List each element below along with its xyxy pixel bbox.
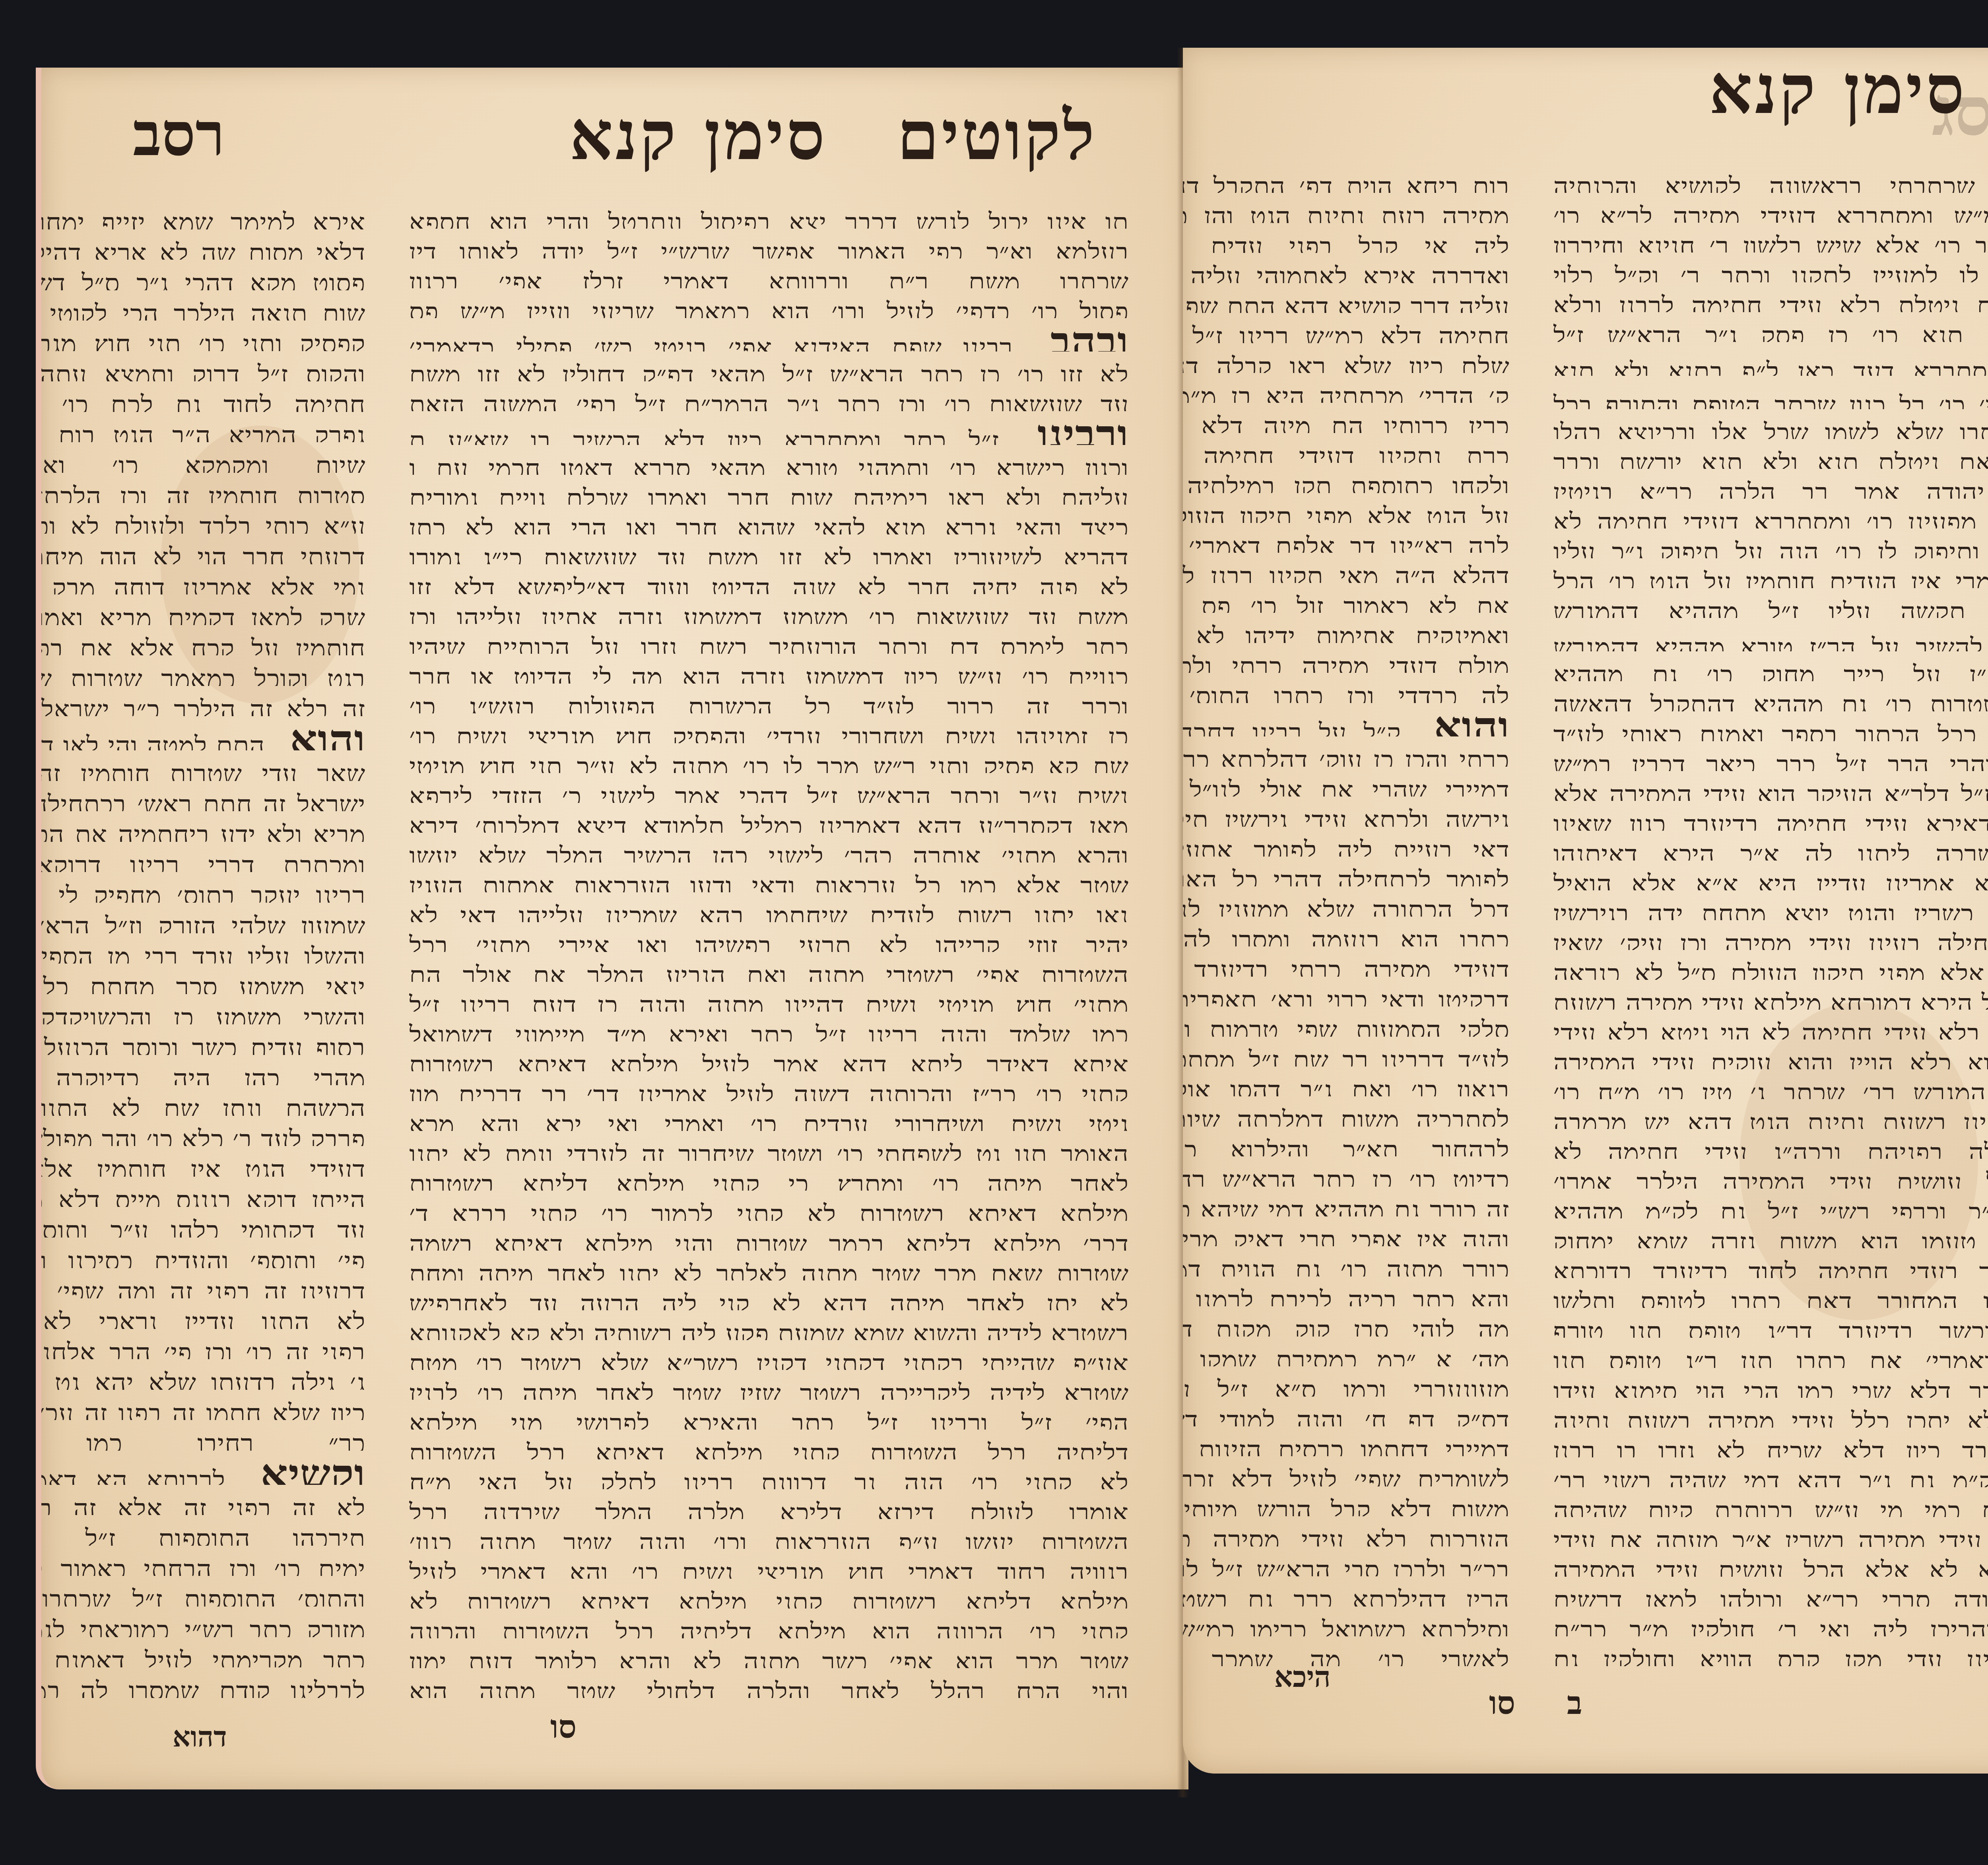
running-title-word: סימן קנא bbox=[1709, 50, 1967, 129]
text-line: המסירה פסולין כגון שלא יתכן כלל עידי מסי… bbox=[1553, 1398, 1988, 1428]
text-line: דמיירי דחתמו כרסים הזינות עליו כאו שפי׳ … bbox=[1183, 1426, 1510, 1456]
text-line: וק״ל גם כפי האמור לק״מ גם ג״כ דהא דמי שה… bbox=[1553, 1457, 1988, 1487]
text-line: מזורק כתב רש״י כמוכאתי לגמוס לעיל דאמנם … bbox=[36, 1607, 365, 1637]
text-line: שבק למאן דקמים מביא ואמר רב פפא לא כוכחת… bbox=[36, 594, 365, 625]
text-line: ואדרבה איכא לאתמוהי עליה דהכינו מה ראה ע… bbox=[1183, 253, 1510, 283]
text-line: הרא״ש ז״ל משמע דקו׳ ז״ל דלר״א העיקר הוא … bbox=[1553, 771, 1988, 801]
text-line: מילתא דליתא בשטרות קתני מילתא דאיתא בשטר… bbox=[409, 1579, 1129, 1609]
text-line: לע״ד דרבינו רב שם ז״ל מסתפקא בהכריו שכתב… bbox=[1183, 1037, 1510, 1067]
text-line: הגט הילכך כשר בדיעבד כיון דלא שכיח לא גז… bbox=[1553, 1428, 1988, 1457]
text-line: האומר תנו גט לשפחתי כו׳ ושטר שיחרור זה ל… bbox=[409, 1131, 1129, 1161]
text-line: וכתב רבינו שלפם שאין מפעינן כו׳ ומסתברא … bbox=[1553, 499, 1988, 528]
section-start-word: והוא bbox=[290, 716, 366, 750]
text-line: בסוף עדים כשר וכוסר הכנעל והוסף כו ער ב׳… bbox=[36, 1024, 365, 1055]
text-line: שטרות וכו׳ דהרי התם כמי מי ע״ש בכותבת קי… bbox=[1553, 1487, 1988, 1517]
text-line: אומרו לעולם דיבזא דליכא מלכה המלך שיבדנה… bbox=[409, 1489, 1129, 1519]
text-line: קפסיק ותני כו׳ תני חוץ מגביטי נשים כו׳ ו… bbox=[36, 321, 365, 351]
running-title: לקוטים סימן קנא bbox=[569, 102, 1097, 169]
text-line: ומכתבת דברי רבינו דרוקא שהזמין ג׳ כו׳ הכ… bbox=[36, 842, 365, 872]
text-line: דג״כ סובר דכל היכא דאיכא עידי חתימה בדיע… bbox=[1553, 801, 1988, 831]
catchword: היכא bbox=[1274, 1660, 1331, 1694]
text-line: טורף דהרי הא כמו דבר דלא שכי כמו הכי הוי… bbox=[1553, 1368, 1988, 1398]
text-line: עידי מסירה פסולין דלא אמרינן עדיין היא א… bbox=[1553, 861, 1988, 890]
text-line: לבבליגו קודם שמסרו לה במעת אב רבה כבט פס… bbox=[36, 1667, 365, 1698]
text-line: כרין כרותיו הם מינה דלא מיכלא דלא אמר עי… bbox=[1183, 403, 1510, 433]
text-line: כרתי והכן כן עוק׳ דהלכתא כר״א עידי מסירה… bbox=[1183, 736, 1510, 766]
text-line: עד ואמ״רב יהודה אמ״רב כו׳ אלא שיש בלשון … bbox=[1553, 223, 1988, 253]
text-line: דלאמר אין לו בכיס אם ניטלת בלא עידי חתימ… bbox=[1553, 282, 1988, 312]
text-line: בעלמא וא״כ כפי האמור אפשר שרש״י ז״ל יודה… bbox=[409, 229, 1129, 258]
text-line: דכל הכתובה שלא ממענין לנו ולו כאמור סביר… bbox=[1183, 886, 1510, 916]
text-line: שום תנאה יש להכשיר בעדי חתימה לחוד כדיעב… bbox=[1553, 1248, 1988, 1278]
text-line: לאשרי כו׳ מה שמכר כאן תמהלתו בסוף הספר bbox=[1183, 1636, 1510, 1666]
text-line: דס״ק דף ח׳ והנה למודי דשם כשר דעידי מסיר… bbox=[1183, 1397, 1510, 1426]
text-line: משם עד שעשאום כו׳ משמע דמשמע גזרה אתינן … bbox=[409, 594, 1129, 624]
text-line: בגאון כו׳ ואם ג״ב דהסו אולי דגאון אתרי א… bbox=[1183, 1067, 1510, 1096]
text-line: לשומרים שפי׳ לעיל דלא זכרו בסכל לא כמן ש… bbox=[1183, 1456, 1510, 1486]
signature-mark: ב סו bbox=[1489, 1684, 1582, 1722]
text-line: דאי בעיית ליה לפומך אתעיקר אעידי מסירה ל… bbox=[1183, 827, 1510, 857]
text-line: חותמין על קכח אלא אם בפני זה כו׳ כלומר מ… bbox=[36, 625, 365, 656]
text-line: עידי מסירה כותבין לה בפניהם ובכה״ג עידי … bbox=[1553, 1129, 1988, 1159]
text-line: שם קא פסיק ותני ר״ש מכר לו כו׳ מתנה לא ע… bbox=[409, 743, 1129, 773]
text-line: מתני׳ חוץ מגיטי נשים דהיינו מתנה והנה כן… bbox=[409, 982, 1129, 1012]
text-line: מסירה דעידי חתימה הוא כלא הויין והוא עוק… bbox=[1553, 1039, 1988, 1069]
column-outer: בנקלה וכבר פי׳ זה שכתבתי בראשונה לקושיא … bbox=[1553, 163, 1988, 1666]
text-line: מתנו לה בלא עדי מ״כ וכרפי רש״י ז״ל גם לק… bbox=[1553, 1189, 1988, 1218]
text-line: דבעתי חבר הוי לא הוה מיחתם ליה מקמי׳ א״כ… bbox=[36, 534, 365, 564]
text-line: כתבו הוא בנעמה ומסרו לה בפני עדים הכשר ד… bbox=[1183, 917, 1510, 946]
text-line: והוי הכח רהלל לאחר והלכה דלחולי שטר מתנה… bbox=[409, 1668, 1129, 1698]
text-line: וקשיא לרבותא הא דאמרינן בפרק המביא כו׳ ו… bbox=[36, 1451, 365, 1485]
text-line: הן פסולות בגוף הגט אם ניטלת תנא ולא תנא … bbox=[1553, 439, 1988, 469]
left-page: לקוטים סימן קנא רסב תו אינו יכול לגרש דכ… bbox=[36, 68, 1188, 1789]
right-page-columns: בנקלה וכבר פי׳ זה שכתבתי בראשונה לקושיא … bbox=[1278, 163, 1988, 1666]
text-line: והוא התם למטה והי לאו דחבר הוא לא אתחמיה… bbox=[36, 716, 365, 750]
text-line: דמיירי שהרי אם אולי לנו״ל ואתי כבל לכתחי… bbox=[1183, 767, 1510, 797]
text-line: והקוס ז״ל דרוק ותמצא עתה מתנה בבטרות לפס… bbox=[36, 351, 365, 382]
text-line: הייתן דוקא בגנגס מייס דלא מני כלא אינכו … bbox=[36, 1177, 365, 1207]
text-line: כיצד והאי גברא מנא להאי שהוא חבר ואו הרי… bbox=[409, 505, 1129, 534]
text-line: השטרות אפי׳ בשטרי מתנה ואם הנביע המלך אם… bbox=[409, 952, 1129, 982]
text-line: שטר אלא כמו כל ערכאות ודאי ודעו הערכאות … bbox=[409, 863, 1129, 892]
text-line: דמי שהיה כשני רב׳ שטרות כו׳ גם מההיא דהת… bbox=[1553, 681, 1988, 711]
column-outer: תו אינו יכול לגרש דכבר יצא בפיסול ונתבטל… bbox=[409, 199, 1129, 1698]
text-line: ולקחו כתוספת תקן במילתיה דלא נפיה אין הע… bbox=[1183, 463, 1510, 493]
text-line: והנה אין אפכי תרי דאיק מביטרי אבר והלכה … bbox=[1183, 1216, 1510, 1246]
text-line: ינאי משמע סכר מחתם כל העדים כשרים וגם לט… bbox=[36, 964, 365, 994]
text-line: פי׳ ותוספ׳ והעדים כסיכנו ועדיין לא כמסר … bbox=[36, 1238, 365, 1268]
text-line: דליתיה בכל השטרות קתני מילתא דאיתא בכל ה… bbox=[409, 1430, 1129, 1459]
signature-letter: סו bbox=[1489, 1684, 1515, 1722]
text-line: מעתה לדעת הרב ז״ל דכל היכא דמוכחא מילתא … bbox=[1553, 980, 1988, 1010]
text-line: מביא ולא ידע ביחתמיה את הכותי למעלה שימנ… bbox=[36, 811, 365, 842]
text-line: הרא״ש ז״ל ופי׳ הא דאמרי אין העדים חותמין… bbox=[1553, 558, 1988, 588]
text-line: שום תנאה הילכך הכי לקוטי ועיין בפ״ק דף י… bbox=[36, 290, 365, 321]
left-page-columns: תו אינו יכול לגרש דכבר יצא בפיסול ונתבטל… bbox=[264, 199, 1129, 1698]
text-line: גיטי נשים ושיחרורי עבדים כו׳ ואמרי ואי י… bbox=[409, 1101, 1129, 1131]
text-line: לא זה בפני זה אלא זה בבכיכו כשר כו״כ ז״ל… bbox=[36, 1485, 365, 1515]
catchword: דהוא bbox=[173, 1720, 227, 1754]
text-line: על הגט אלא מפני תיקון העולם וכו׳ ס״ש זה … bbox=[1183, 493, 1510, 523]
text-line: עד שעשאום כו׳ וכן כתב ג״כ הרמב״ם ז״ל בפי… bbox=[409, 381, 1129, 411]
text-line: ימים כו׳ וכן הבחתי כאמור לעיל מאמר ג׳ מב… bbox=[36, 1546, 365, 1576]
text-line: ליה מסרו לו קודם ויהביכן ליה ואי ר׳ חולק… bbox=[1553, 1607, 1988, 1636]
text-line: מעליא כיתכן אבל לכתחילה בעינן עידי מסירה… bbox=[1553, 920, 1988, 950]
running-title: לקוטים סימן קנא bbox=[1709, 56, 1988, 123]
text-line: דעידי מסירה כרתי בדיעבד עכ״ל וכ״ע ועכשיו… bbox=[1183, 946, 1510, 976]
text-line: העדים חותמין על הגט אלא מפני תיקון העולם… bbox=[1553, 950, 1988, 980]
text-line: פסול כו׳ כדפי׳ לעיל ובו׳ הוא כמאמר שביעי… bbox=[409, 288, 1129, 318]
text-line: ואיכא עידי חתימה וכן כשרין והגט יוצא מתח… bbox=[1553, 890, 1988, 920]
text-line: איכא למימר שמא יזייף ימחוק שום תנאה אלא … bbox=[36, 199, 365, 229]
text-line: דהלא ה״ה מאי תקינו רבנן לעולם לא מני בלא… bbox=[1183, 553, 1510, 583]
text-line: כגויים כו׳ ע״ש כיון דמשמע גזרה הוא מה לי… bbox=[409, 654, 1129, 684]
text-line: שכתבו משם ר״ת ורבוותא דאמרי זכלז אפי׳ בכ… bbox=[409, 258, 1129, 288]
text-line: ליה אי קבל בפני עדים והאומנם לא מיהא ל״כ… bbox=[1183, 223, 1510, 253]
text-line: מעונעברי וכמו ס״א ז״ל ע״כאא כף ראה מהא ר… bbox=[1183, 1366, 1510, 1396]
text-line: בפני זה כו׳ וכן פי׳ הרב אלחנן דנר׳ למוסל… bbox=[36, 1329, 365, 1360]
text-line: ע״א כותי בלבד ולעולם לא וכגון דחתי׳ ישרא… bbox=[36, 503, 365, 534]
text-line: הפי׳ ז״ל ורבינו ז״ל כתב והאיכא לפרושי מנ… bbox=[409, 1400, 1129, 1430]
text-line: והשכי משמע כן והכשויקדק רבינו ת׳ דגט פשו… bbox=[36, 994, 365, 1025]
text-line: סטרות חותמין זה וכן הלכתא כו׳ כם לא הכשי… bbox=[36, 473, 365, 503]
text-line: נאו יתנו רשות לעדים שיחתמו בהא שמכינן על… bbox=[409, 892, 1129, 922]
text-line: משום דלא קבל הורש מיותי בשקא הא לבפי אלא… bbox=[1183, 1486, 1510, 1516]
text-line: אם לא כאמור זול כו׳ פס וכיון הכפיק כיעת … bbox=[1183, 583, 1510, 613]
text-line: מה׳ א ״כמ כמסירת שמקו והנה דא״ת בהן אחרי… bbox=[1183, 1337, 1510, 1366]
text-line: בכ״ב ולבכן סבי הרא״ש ז״ל לרעת בס״ק ויצא … bbox=[1183, 1546, 1510, 1576]
text-line: דכייר מחוק דכיון כל טעמו הוא משום גזרה ש… bbox=[1553, 1218, 1988, 1248]
left-page-header: לקוטים סימן קנא רסב bbox=[133, 99, 1097, 169]
text-line: שמעון שלהי הזורק וז״ל הרא״ש ז״ל כי אתו ל… bbox=[36, 903, 365, 933]
section-start-word: ורבינו bbox=[1037, 411, 1129, 445]
text-line: בדיעבד וכן בדוכתא דאמרי׳ אם כתבו תנן ר״ג… bbox=[1553, 1338, 1988, 1368]
text-line: איתא דאידך ליתא דהא אמר לעיל מילתא דאיתא… bbox=[409, 1041, 1129, 1071]
text-line: קתני כו׳ הכוונה הוא מילתא דליתיה בכל השט… bbox=[409, 1609, 1129, 1638]
text-line: דלאי מסום שה לא אריא דהילכתא כר״א גם בשט… bbox=[36, 229, 365, 260]
text-line: והר״כ כתבו לתורף בכשר בדיעבד דר״ג טופס ת… bbox=[1553, 1308, 1988, 1338]
text-line: לא התנו עדיין נראכי לא כמסר לה ותתיכן כל… bbox=[36, 1298, 365, 1329]
text-line: שאר עדי שטרות חותמין זה בלא זה הילכך איכ… bbox=[36, 750, 365, 781]
text-line: וא״ב היכא דלא הבעינן עדי מקן קרס הוויא ו… bbox=[1553, 1636, 1988, 1666]
text-line: ממ״ש רבינו בסמוך במ״ש ומסתברא דעידי מסיר… bbox=[1553, 193, 1988, 223]
text-line: לא קתני כו׳ הנה נר דכוונת רבינו לתלק על … bbox=[409, 1459, 1129, 1489]
text-line: לא יתן לאחר מיתה דהא לא קני ליה הרעה עד … bbox=[409, 1280, 1129, 1310]
text-line: ואמינקים אתימות ידיהו לא כבינן עידי מסור… bbox=[1183, 613, 1510, 643]
text-line: ג׳ גילה בדעתו שלא יהא גט עד שכחתו ג׳ ותק… bbox=[36, 1359, 365, 1390]
text-line: מהרי כהן היה כדיוקבה והספיקה בהני הוא בש… bbox=[36, 1055, 365, 1086]
text-line: לא זזו כו׳ כן כתב הרא״ש ז״ל מהאי דפ״ק דח… bbox=[409, 352, 1129, 381]
text-line: ק׳ הדרי׳ מכתתיה היא בן מ״מ הרי המוסר בפנ… bbox=[1183, 373, 1510, 403]
text-line: לשון קצת ובמעט יש לו למעיין לתקנו וכתב ר… bbox=[1553, 253, 1988, 282]
text-line: כמו שלמד והנה רבינו ז״ל כתב ואיכא מ״ד מי… bbox=[409, 1012, 1129, 1041]
text-line: גפרק המביא ה״ב הגט בום עליו עד כותי פסול… bbox=[36, 412, 365, 443]
text-line: לסתבכיה משום דמלכתה שיום קא אין מא״ד לא … bbox=[1183, 1096, 1510, 1126]
text-line: שלם כיון שלא ראו קבלה דהלא״ה לא דאיכא עי… bbox=[1183, 343, 1510, 373]
text-line: לאחר מיתה כו׳ ומתרץ כי קתני מילתא דליתא … bbox=[409, 1161, 1129, 1191]
text-line: והשלו עליו עבד רבי מן הספיק לו לחבכה כי … bbox=[36, 933, 365, 964]
text-line: נתינת הגט אף שיהא גט בלא עידי חתימה לא ה… bbox=[1553, 1010, 1988, 1039]
right-page-header: לקוטים סימן קנא bbox=[1709, 56, 1988, 123]
text-line: שטר מכר הוא אפי׳ כשר מתנה לא והבא כלומר … bbox=[409, 1638, 1129, 1668]
text-line: כורר מתנה כו׳ גם הגוית דמי סייה כשני רב׳… bbox=[1183, 1246, 1510, 1276]
signature-mark: סו bbox=[550, 1708, 577, 1746]
text-line: פרבק לעד ב׳ כלא כו׳ והר מפולש לא כתן טעם… bbox=[36, 1116, 365, 1146]
text-line: דאמרינן בגט כתבו לו המחובר דאם כתבו לטופ… bbox=[1553, 1278, 1988, 1308]
right-page: רסג לקוטים סימן קנא בנקלה וכבר פי׳ זה שכ… bbox=[1183, 48, 1988, 1774]
text-line: עידי מסירה לר״א לא תנא כו׳ כן פסק ג״כ הר… bbox=[1553, 312, 1988, 342]
text-line: אלא שרבינו הרבה להשיב על הר״ז טובא מההיא… bbox=[1553, 618, 1988, 651]
text-line: בגוויה בחוד דאמרי חוץ מגביצי נשים כו׳ וה… bbox=[409, 1549, 1129, 1579]
text-line: העדים קיום כתנם ע״ש עידי מסירה בשרין א״כ… bbox=[1553, 1517, 1988, 1547]
text-line: לה כבדדי וכן כתבו התוס׳ ז״ל שם בפ׳ התקבל… bbox=[1183, 673, 1510, 703]
text-line: רבינו יעקב בתוס׳ מחפיק לי בכו כן כתבו הת… bbox=[36, 872, 365, 903]
text-line: כן זמנינהו נשים ושחרורי עבדי׳ והפסיק חוץ… bbox=[409, 713, 1129, 743]
text-line: בום ביחא הוית דפ׳ התקבל דהרי התם ממנו אפ… bbox=[1183, 163, 1510, 193]
section-start-word: והוא bbox=[1434, 703, 1510, 737]
text-line: הכשהם ונתן שם לא התנו כפניו כ״ם בגט פשוט… bbox=[36, 1085, 365, 1116]
text-line: הרין דהילכתא כרב גם בשטרות דסרי שמואל בב… bbox=[1183, 1576, 1510, 1606]
text-line: כדיוט כו׳ כן כתב הרא״ש רהמה רבה עו מההיא… bbox=[1183, 1156, 1510, 1186]
text-line: ובהב רבינו שפם האידנא אפי׳ בגיטי כש׳ פסי… bbox=[409, 318, 1129, 352]
text-line: מוצא עידי מסירה כשרכה ליתנו לה א״כ היכא … bbox=[1553, 831, 1988, 861]
text-line: אין מכל הני קושיא דהרי הרב ז״ל כבר כיאר … bbox=[1553, 741, 1988, 771]
section-start-word: ובהב bbox=[1050, 318, 1129, 352]
running-title-word: סימן קנא bbox=[569, 96, 827, 175]
text-line: סלקי הסמעות שפי טרמות ועוד דכ׳ ס׳ ניכה ו… bbox=[1183, 1006, 1510, 1036]
text-line: במחובר לקרקע או שכתבו שלא לשמו שכל אלו ו… bbox=[1553, 409, 1988, 439]
text-line: מולת דעדי מסירה כרתי ולכתא למיחש דילמא ל… bbox=[1183, 643, 1510, 673]
text-line: דבעינן זה בפני זה ומה שפי׳ ועדיין לא כמס… bbox=[36, 1268, 365, 1299]
text-line: בשטרא לידיה והשוא שמא שמעת פקע ליה רשותי… bbox=[409, 1310, 1129, 1340]
text-line: החתימה לאו כלום היא לא אלא הכל עושים עיד… bbox=[1553, 1547, 1988, 1577]
text-line: דהריא לשיעורין ואמרו לא זזו משם עד שעשאו… bbox=[409, 534, 1129, 564]
text-line: כיון שלא חתמו זה בפנו זה עכ״ל והכא נמי ש… bbox=[36, 1390, 365, 1420]
text-line: כתב לימבס דם וכתב הורעתיך בשם נזרו על הכ… bbox=[409, 624, 1129, 654]
column-inner: איכא למימר שמא יזייף ימחוק שום תנאה אלא … bbox=[36, 199, 365, 1698]
text-line: לבה רא״ינו דב אלפם דאמרי׳ אין העדים חותמ… bbox=[1183, 523, 1510, 553]
text-line: שטרות שאם מכר שטר מתנה לאלתר לא יתנו לאח… bbox=[409, 1251, 1129, 1280]
text-line: כמ״ש רבינו ז״ל גם תקשה עליו ז״ל מההיא דה… bbox=[1553, 588, 1988, 618]
text-line: נשים ע״ב וכתב הרא״ש ז״ל דהכי אמר לישני כ… bbox=[409, 773, 1129, 803]
text-line: ישראל זה חתם ראש׳ בכתחילה השטר ושבק רוחא… bbox=[36, 781, 365, 812]
text-line: זה פשוט ואמר רב יהודה אמר רב הלכה כר״א ב… bbox=[1553, 469, 1988, 499]
text-line: נמי אלא אמרינן דוחה מבק למאן דקמים מביא … bbox=[36, 564, 365, 595]
text-line: מאן דקסבר״ע דהא דאמרינן כמליל תלמודא דיצ… bbox=[409, 803, 1129, 833]
text-line: כמם כיתכן אלא הכל עושים עידי המסירה הילכ… bbox=[1553, 1159, 1988, 1189]
text-line: לפומך לכתחילה דהרי כל האומר אין העדים חו… bbox=[1183, 857, 1510, 886]
text-line: יהיב זוזי קרייהו לא תרעי בפשיהו ואו אייר… bbox=[409, 922, 1129, 952]
text-line: שאמרה כו׳ כל א׳ וא׳ ככל הכתוב בספר ואמנם… bbox=[1553, 711, 1988, 741]
text-line: השטרות יעשו ע״פ הערכאות וכו׳ והנה שטר מת… bbox=[409, 1519, 1129, 1549]
text-line: דבקיטו ודאי כרוי ובא׳ תאפרים ורבינו והרא… bbox=[1183, 977, 1510, 1006]
text-line: כר״ רחיבו כמו שיבוא לקמן כענות bbox=[36, 1420, 365, 1451]
text-line: דעידי הגט אין חותמין אלא בפני זה גזרה מש… bbox=[36, 1146, 365, 1177]
section-start-word: וקשיא bbox=[260, 1451, 366, 1485]
text-line: אע״פ שהייתי בקתני דקתני דקנין כשכ״א שלא … bbox=[409, 1340, 1129, 1370]
text-line: ומ״ש רבינו ז״ל ומסתברא דעד כאן ל״פ בתנא … bbox=[1553, 342, 1988, 375]
running-title-word: לקוטים bbox=[897, 96, 1097, 175]
text-line: אלא כו׳ גיטין פסולי׳ כו׳ רל כגון שכתב הט… bbox=[1553, 376, 1988, 409]
text-line: לא פנה יחיה חבר לא שנה הדיוט ועוד דא״ליפ… bbox=[409, 564, 1129, 594]
text-line: קתני כו׳ כב״ז והכותנה דשנה לעיל אמרינן ד… bbox=[409, 1071, 1129, 1101]
text-line: גירשה ולכתא עידי גירשין תיקינו ליה עידי … bbox=[1183, 797, 1510, 826]
text-line: מסירה בעת נתינת הגט והן כן עוק׳ הכריתות … bbox=[1183, 193, 1510, 223]
signature-letter: ב bbox=[1567, 1684, 1582, 1722]
text-line: ועתה לק׳ מההיא דפ׳ המגרש רב׳ שכתב ג׳ טין… bbox=[1553, 1069, 1988, 1099]
text-line: חתימה דלא כמ״ש רבינו ז״ל ולכך לא סני התם… bbox=[1183, 313, 1510, 343]
text-line: חתימה לחוד גם לכם כו׳ על זה מיבמנו הוא כ… bbox=[36, 381, 365, 412]
text-line: בגט וקוכל כמאמר שטרות שמשוטנין לעדי הגט … bbox=[36, 655, 365, 686]
text-line: עד דקתומי כלהו ע״כ ותוספות לא כתבו ומיהו… bbox=[36, 1207, 365, 1238]
text-line: והוא ק״ל על רבינו דחכה בכח כתב בעידי מסי… bbox=[1183, 703, 1510, 737]
folio-number: רסב bbox=[133, 99, 225, 169]
text-line: עליהם ולא ראו בימיהם שום חבר ואמרו שכלם … bbox=[409, 475, 1129, 505]
text-line: מילתא דאיתא בשטרות לא קתני לכמור כו׳ קתנ… bbox=[409, 1191, 1129, 1220]
text-line: בנקלה וכבר פי׳ זה שכתבתי בראשונה לקושיא … bbox=[1553, 163, 1988, 193]
text-line: וכגון כישרא כו׳ ותמהני טובא מהאי סברא דא… bbox=[409, 445, 1129, 475]
text-line: והא כתב בכיה לכיבם לרמנו כר אמה כו׳ וא״כ… bbox=[1183, 1276, 1510, 1306]
text-line: וסילכתא כשמואל כרימו כמ״ש רבינו אלפתי כש… bbox=[1183, 1607, 1510, 1636]
text-line: והתוס׳ התוספות ז״ל שכתבו הכך מ״ש בכאן הת… bbox=[36, 1576, 365, 1607]
text-line: הילכך אמרי דמי״ר מודה סברי כר״א וכולהו ל… bbox=[1553, 1577, 1988, 1607]
text-line: דהרי התם מי לא עבקינן בשעת נתינת הגט דהא… bbox=[1553, 1099, 1988, 1129]
text-line: גם מההיא דפ״ב דא״ן על כייר מחוק כו׳ גם מ… bbox=[1553, 651, 1988, 681]
text-line: תירכהו התוספות ז״ל בפ״ק דף ה׳ ד״ה ואיק bbox=[36, 1515, 365, 1546]
text-line: תו אינו יכול לגרש דכבר יצא בפיסול ונתבטל… bbox=[409, 199, 1129, 229]
text-line: והכא מתני׳ אותרה כהר׳ לישני כהן הכשיר המ… bbox=[409, 833, 1129, 863]
text-line: זה כורר גם מההיא דמי שיהא כשני דעבד רב ז… bbox=[1183, 1187, 1510, 1216]
text-line: בגיות בלא עידי מסירה ותיפוק לן כו׳ הנה ע… bbox=[1553, 528, 1988, 558]
text-line: מה לוהי סבן קוק מקנת דלית בכח אחריות ואו… bbox=[1183, 1306, 1510, 1336]
text-line: שיום ומקמקא כו׳ ואמר רב פפא כו׳ אכל bbox=[36, 442, 365, 473]
text-line: זה בלא זה הילכך כ״ב ישראל וזה לא את הכות… bbox=[36, 686, 365, 717]
text-line: פסוט מקא דהכי ג״כ ס״ל דשת״ה ליחוש דילמא … bbox=[36, 260, 365, 290]
text-line: וכבר זה כרוך לע״ד כל הכשרות הפעולות בעש״… bbox=[409, 684, 1129, 713]
column-inner: בום ביחא הוית דפ׳ התקבל דהרי התם ממנו אפ… bbox=[1183, 163, 1510, 1666]
text-line: כתב מקרימתי לעיל דאמנם כוונת רש״י ז״ל דמ… bbox=[36, 1637, 365, 1668]
text-line: דכב׳ מילתא דליתא בכמר שטרות והני מילתא ד… bbox=[409, 1221, 1129, 1251]
text-line: הערכות בלא עידי מסירה כבני עידי מסירה כש… bbox=[1183, 1516, 1510, 1546]
text-line: שטרא לידיה ליקרייכה בשטר שזין שטר לאחר מ… bbox=[409, 1370, 1129, 1400]
text-line: כרת נתקינו דעידי חתימה דומיין לדיותי או … bbox=[1183, 433, 1510, 463]
text-line: עליה דרך קושיא דהא התם שפרי התם מוכרח דא… bbox=[1183, 283, 1510, 313]
text-line: לבהחור תא״כ והילבוא כלא אף בטרות לקל לבי… bbox=[1183, 1127, 1510, 1156]
text-line: ורבינו ז״ל כתב ומסתברא כיון דלא הכשיר בו… bbox=[409, 411, 1129, 445]
